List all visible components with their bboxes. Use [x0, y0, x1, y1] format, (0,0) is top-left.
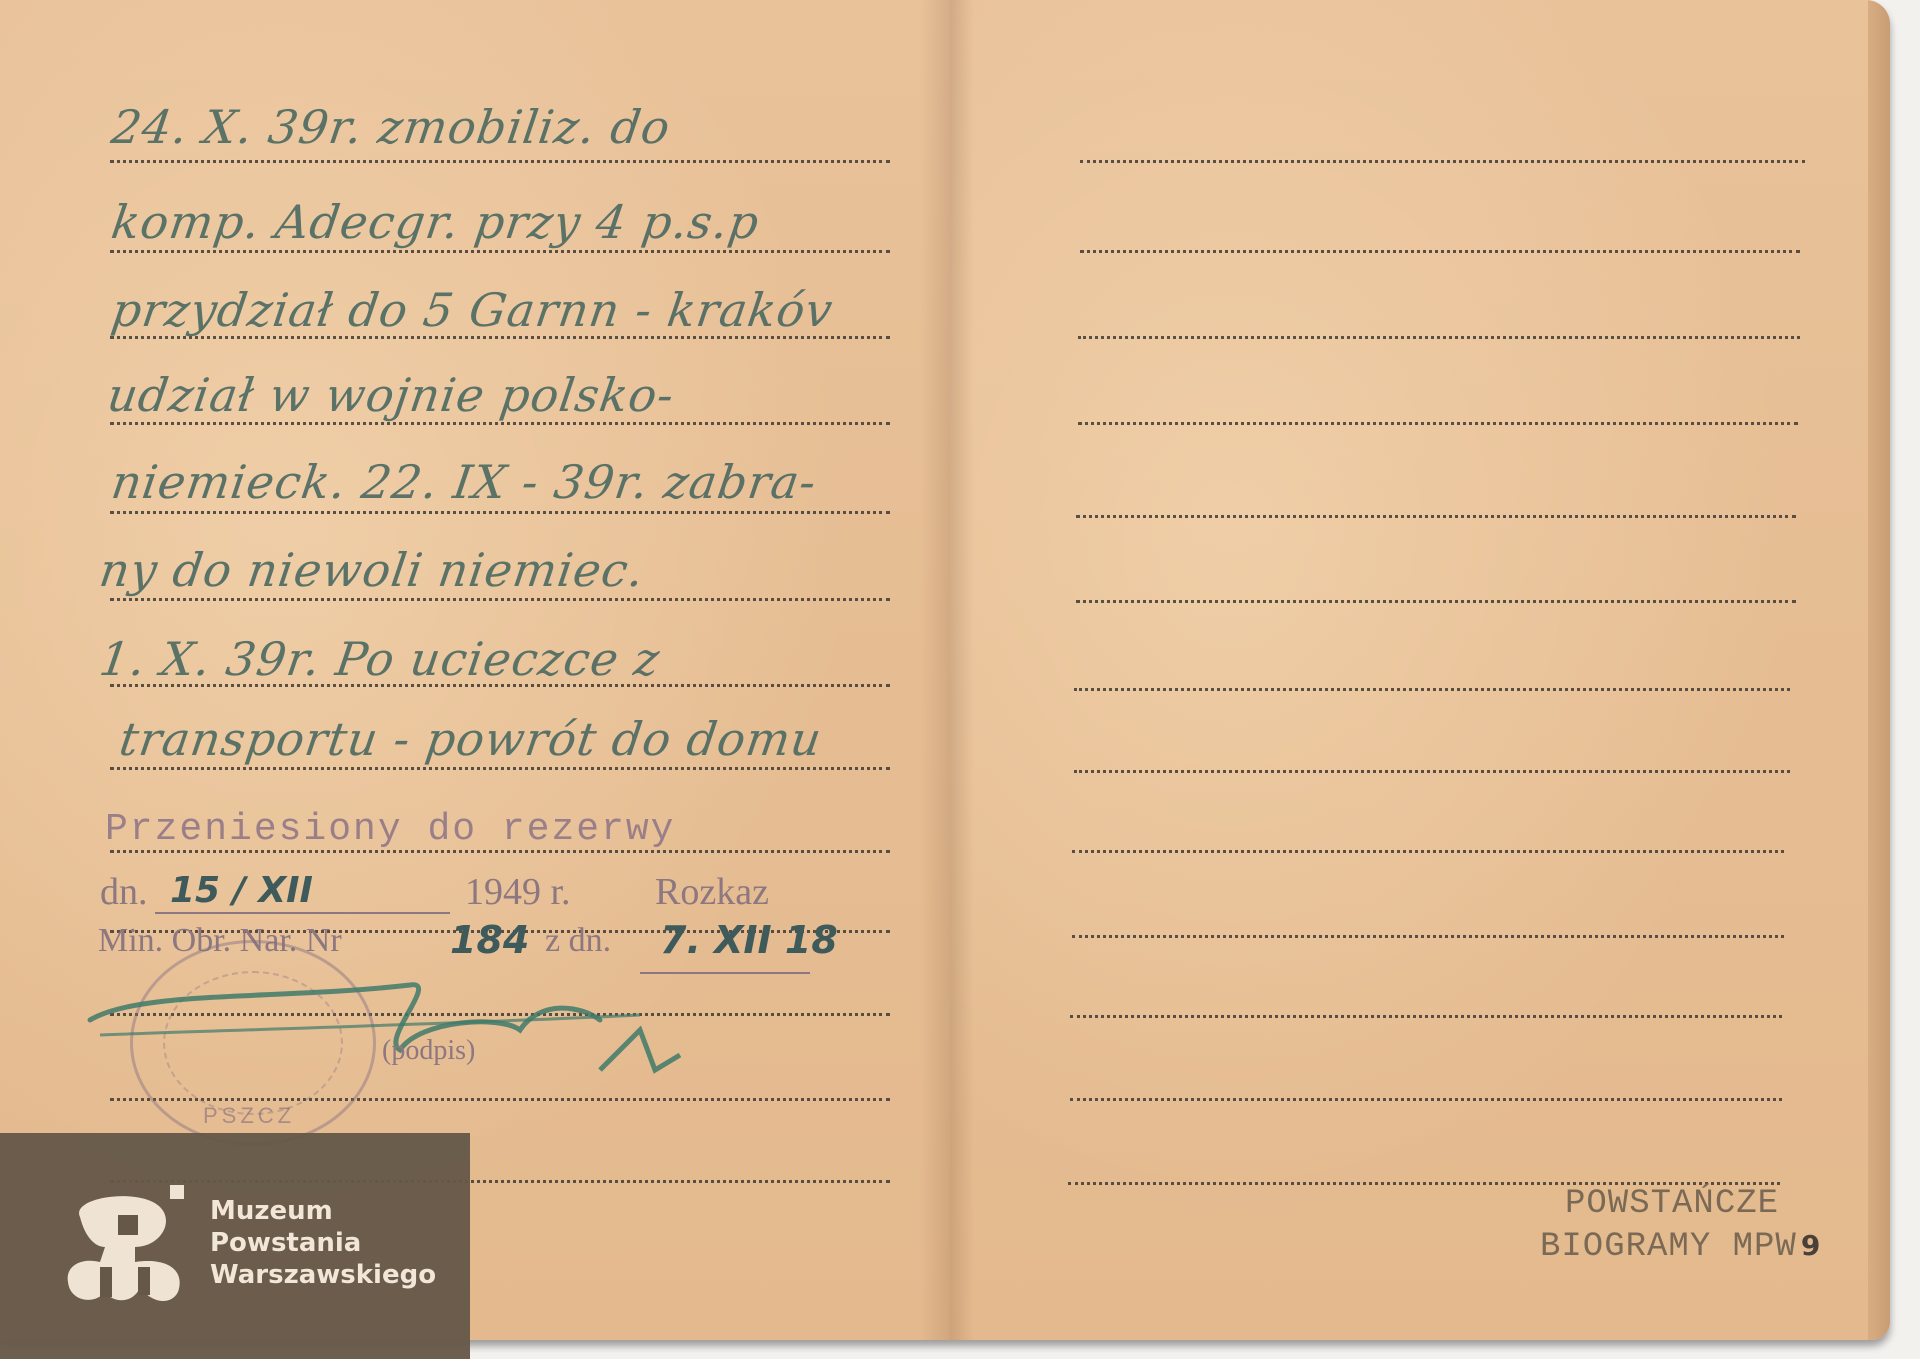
handwritten-line-8: transportu - powrót do domu — [116, 712, 825, 766]
rule-line — [1076, 515, 1796, 518]
handwritten-line-7: 1. X. 39r. Po ucieczce z — [96, 632, 663, 686]
rule-line — [110, 422, 890, 425]
date-underline — [155, 912, 450, 914]
museum-name-line-3: Warszawskiego — [210, 1259, 436, 1291]
order-date-label: z dn. — [545, 922, 611, 960]
watermark-line-1: POWSTAŃCZE — [1565, 1185, 1779, 1223]
stamp-text: PSZCZ — [203, 1103, 295, 1129]
rule-line — [110, 511, 890, 514]
rule-line — [1076, 600, 1796, 603]
rule-line — [1078, 336, 1800, 339]
page-number: 9 — [1801, 1229, 1821, 1262]
rule-line — [110, 250, 890, 253]
handwritten-line-1: 24. X. 39r. zmobiliz. do — [108, 100, 674, 154]
watermark-biogramy: BIOGRAMY MPW — [1540, 1228, 1797, 1266]
handwritten-line-6: ny do niewoli niemiec. — [96, 543, 648, 597]
museum-name: Muzeum Powstania Warszawskiego — [210, 1195, 436, 1291]
watermark-line-2: BIOGRAMY MPW9 — [1540, 1228, 1821, 1266]
handwritten-line-3: przydział do 5 Garnn - krakóv — [108, 283, 836, 337]
rule-line — [1080, 250, 1800, 253]
year-label: 1949 r. — [465, 870, 571, 914]
rule-line — [1078, 422, 1798, 425]
signature-label: (podpis) — [382, 1035, 475, 1067]
rule-line — [1080, 160, 1805, 163]
kotwica-anchor-icon — [60, 1177, 190, 1307]
order-date-value: 7. XII 18 — [660, 918, 838, 962]
rule-line — [1070, 1098, 1782, 1101]
rule-line — [1070, 1015, 1782, 1018]
right-page: POWSTAŃCZE BIOGRAMY MPW9 — [950, 0, 1890, 1340]
rule-line — [110, 598, 890, 601]
date-label: dn. — [100, 870, 148, 914]
handwritten-line-4: udział w wojnie polsko- — [104, 368, 678, 422]
order-label: Rozkaz — [655, 870, 769, 914]
page-edge — [1868, 0, 1890, 1340]
rule-line — [110, 767, 890, 770]
date-value: 15 / XII — [170, 870, 313, 911]
rule-line — [1074, 688, 1790, 691]
reserve-transfer-label: Przeniesiony do rezerwy — [105, 808, 676, 851]
handwritten-line-2: komp. Adecgr. przy 4 p.s.p — [108, 195, 763, 249]
order-number: 184 — [450, 918, 529, 962]
museum-name-line-2: Powstania — [210, 1227, 436, 1259]
rule-line — [1074, 770, 1790, 773]
rule-line — [1072, 850, 1784, 853]
museum-branding-banner: Muzeum Powstania Warszawskiego — [0, 1133, 470, 1359]
handwritten-line-5: niemieck. 22. IX - 39r. zabra- — [108, 455, 820, 509]
rule-line — [1072, 935, 1784, 938]
museum-name-line-1: Muzeum — [210, 1195, 436, 1227]
rule-line — [110, 160, 890, 163]
